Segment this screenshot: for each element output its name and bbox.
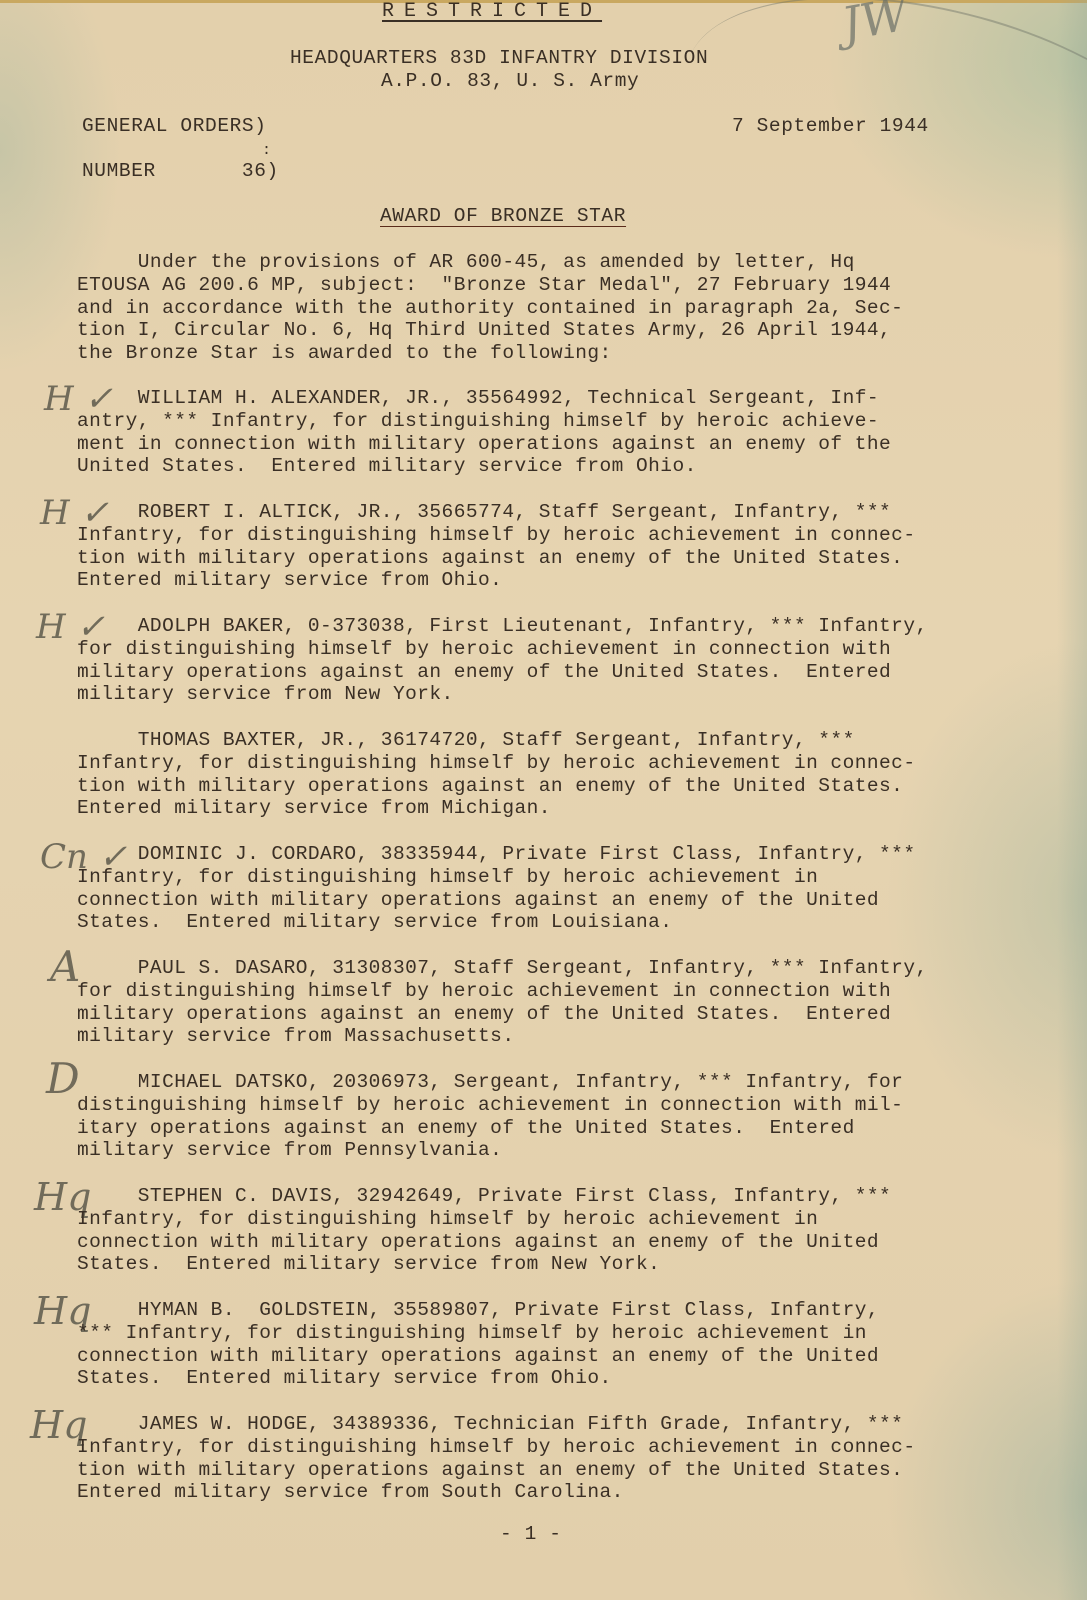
award-line: tion with military operations against an… [77, 547, 1037, 570]
intro-line: and in accordance with the authority con… [77, 297, 1037, 320]
award-line: Infantry, for distinguishing himself by … [77, 524, 1037, 547]
award-line: THOMAS BAXTER, JR., 36174720, Staff Serg… [77, 729, 1037, 752]
award-line: Entered military service from Michigan. [77, 797, 1037, 820]
award-entry: ROBERT I. ALTICK, JR., 35665774, Staff S… [77, 501, 1037, 592]
award-entry: JAMES W. HODGE, 34389336, Technician Fif… [77, 1413, 1037, 1504]
award-line: Infantry, for distinguishing himself by … [77, 752, 1037, 775]
award-line: ment in connection with military operati… [77, 433, 1037, 456]
award-line: STEPHEN C. DAVIS, 32942649, Private Firs… [77, 1185, 1037, 1208]
award-line: Infantry, for distinguishing himself by … [77, 1436, 1037, 1459]
award-entry: ADOLPH BAKER, 0-373038, First Lieutenant… [77, 615, 1037, 706]
award-line: military operations against an enemy of … [77, 1003, 1037, 1026]
general-orders-label: GENERAL ORDERS) [82, 115, 267, 138]
award-line: States. Entered military service from Lo… [77, 911, 1037, 934]
award-line: ADOLPH BAKER, 0-373038, First Lieutenant… [77, 615, 1037, 638]
unit-heading: HEADQUARTERS 83D INFANTRY DIVISION [290, 47, 708, 70]
order-title: AWARD OF BRONZE STAR [380, 205, 626, 228]
award-line: HYMAN B. GOLDSTEIN, 35589807, Private Fi… [77, 1299, 1037, 1322]
award-line: Entered military service from Ohio. [77, 569, 1037, 592]
award-entry: STEPHEN C. DAVIS, 32942649, Private Firs… [77, 1185, 1037, 1276]
award-line: antry, *** Infantry, for distinguishing … [77, 410, 1037, 433]
award-line: military service from New York. [77, 683, 1037, 706]
award-line: itary operations against an enemy of the… [77, 1117, 1037, 1140]
order-number: NUMBER 36) [82, 160, 279, 183]
award-line: military service from Massachusetts. [77, 1025, 1037, 1048]
margin-note: D [46, 1062, 80, 1096]
award-line: for distinguishing himself by heroic ach… [77, 638, 1037, 661]
award-line: WILLIAM H. ALEXANDER, JR., 35564992, Tec… [77, 387, 1037, 410]
award-line: Infantry, for distinguishing himself by … [77, 1208, 1037, 1231]
award-line: military operations against an enemy of … [77, 661, 1037, 684]
award-entry: HYMAN B. GOLDSTEIN, 35589807, Private Fi… [77, 1299, 1037, 1390]
intro-line: the Bronze Star is awarded to the follow… [77, 342, 1037, 365]
award-line: connection with military operations agai… [77, 1231, 1037, 1254]
intro-paragraph: Under the provisions of AR 600-45, as am… [77, 251, 1037, 365]
award-line: DOMINIC J. CORDARO, 38335944, Private Fi… [77, 843, 1037, 866]
award-line: connection with military operations agai… [77, 1345, 1037, 1368]
apo-line: A.P.O. 83, U. S. Army [381, 70, 639, 93]
award-entry: PAUL S. DASARO, 31308307, Staff Sergeant… [77, 957, 1037, 1048]
award-line: for distinguishing himself by heroic ach… [77, 980, 1037, 1003]
award-line: tion with military operations against an… [77, 1459, 1037, 1482]
intro-line: tion I, Circular No. 6, Hq Third United … [77, 319, 1037, 342]
award-line: distinguishing himself by heroic achieve… [77, 1094, 1037, 1117]
award-entry: DOMINIC J. CORDARO, 38335944, Private Fi… [77, 843, 1037, 934]
award-line: *** Infantry, for distinguishing himself… [77, 1322, 1037, 1345]
order-date: 7 September 1944 [732, 115, 929, 138]
colon-mark: : [262, 139, 272, 162]
award-line: United States. Entered military service … [77, 455, 1037, 478]
award-line: tion with military operations against an… [77, 775, 1037, 798]
award-line: MICHAEL DATSKO, 20306973, Sergeant, Infa… [77, 1071, 1037, 1094]
award-entry: WILLIAM H. ALEXANDER, JR., 35564992, Tec… [77, 387, 1037, 478]
award-line: JAMES W. HODGE, 34389336, Technician Fif… [77, 1413, 1037, 1436]
classification-marking: RESTRICTED [382, 0, 602, 23]
award-line: connection with military operations agai… [77, 889, 1037, 912]
award-line: PAUL S. DASARO, 31308307, Staff Sergeant… [77, 957, 1037, 980]
margin-note: A [50, 950, 80, 984]
award-line: States. Entered military service from Oh… [77, 1367, 1037, 1390]
page-number: - 1 - [500, 1523, 562, 1546]
award-line: military service from Pennsylvania. [77, 1139, 1037, 1162]
intro-line: Under the provisions of AR 600-45, as am… [77, 251, 1037, 274]
award-line: Entered military service from South Caro… [77, 1481, 1037, 1504]
document-page: JW RESTRICTED HEADQUARTERS 83D INFANTRY … [0, 0, 1087, 1600]
award-line: ROBERT I. ALTICK, JR., 35665774, Staff S… [77, 501, 1037, 524]
award-line: Infantry, for distinguishing himself by … [77, 866, 1037, 889]
award-entry: THOMAS BAXTER, JR., 36174720, Staff Serg… [77, 729, 1037, 820]
intro-line: ETOUSA AG 200.6 MP, subject: "Bronze Sta… [77, 274, 1037, 297]
award-entry: MICHAEL DATSKO, 20306973, Sergeant, Infa… [77, 1071, 1037, 1162]
award-line: States. Entered military service from Ne… [77, 1253, 1037, 1276]
